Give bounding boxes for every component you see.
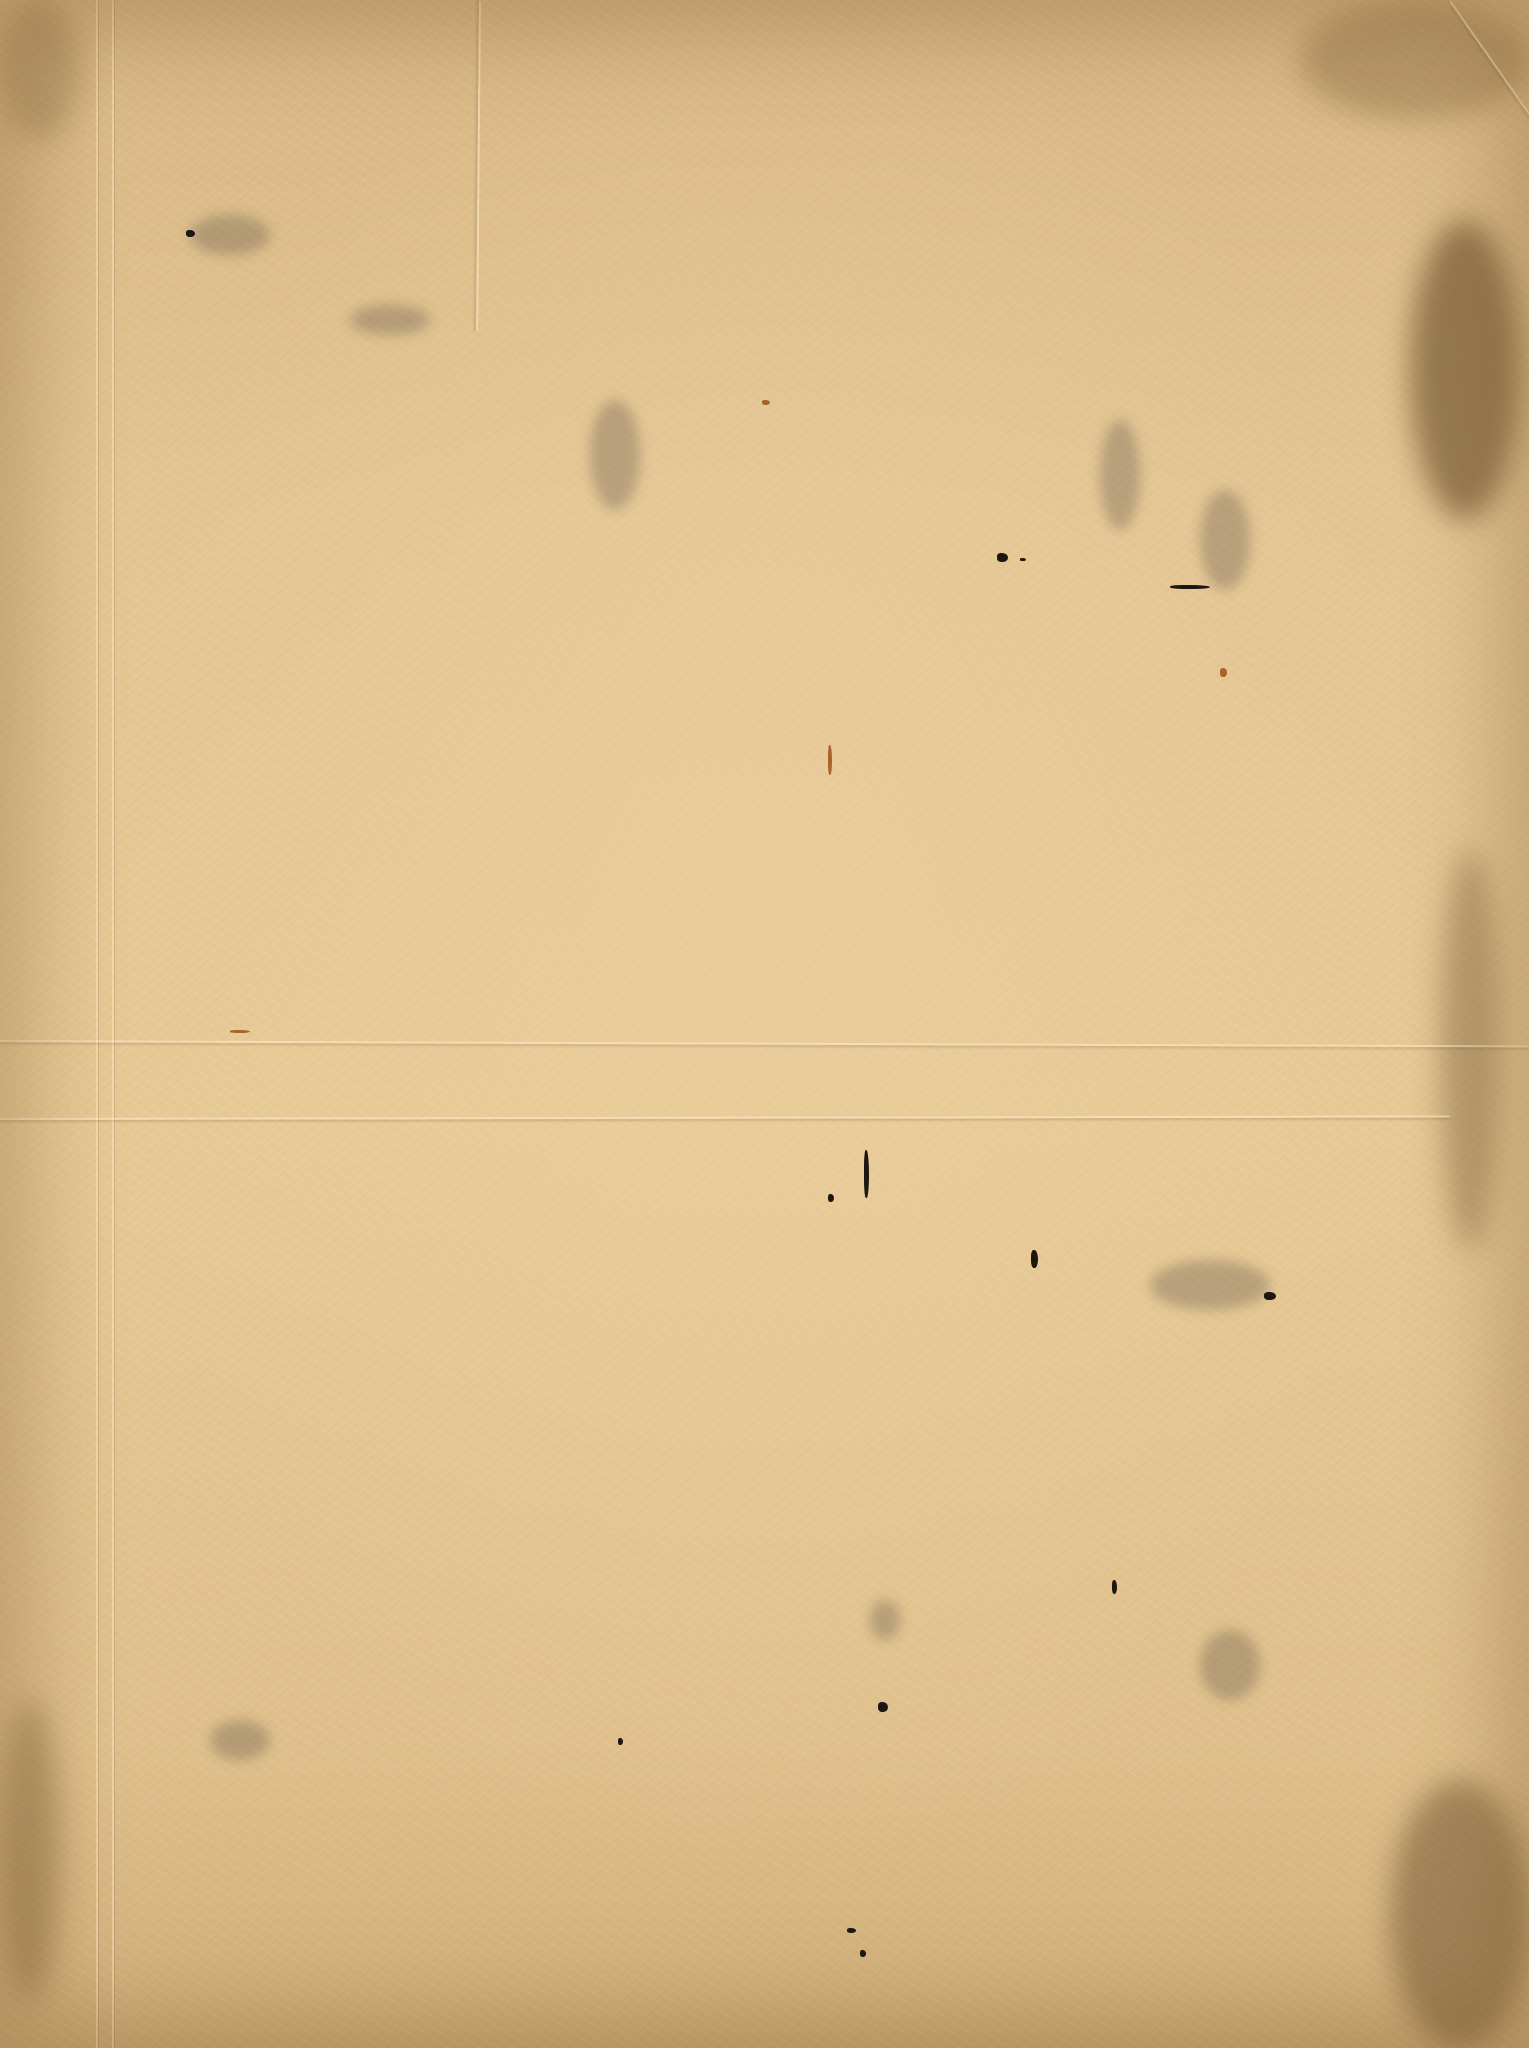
rust-mark <box>1220 668 1227 677</box>
stain <box>0 0 80 140</box>
paper-crease <box>0 1040 1529 1047</box>
rust-mark <box>828 745 832 775</box>
ink-smudge <box>190 215 270 255</box>
ink-smudge <box>870 1600 900 1640</box>
stain <box>1300 0 1529 120</box>
stain <box>0 1700 60 2000</box>
paper-crease <box>476 1 481 331</box>
stain <box>1410 220 1520 520</box>
ink-mark <box>847 1928 856 1933</box>
ink-smudge <box>1100 420 1140 530</box>
ink-mark <box>860 1950 866 1957</box>
ink-mark <box>1264 1292 1276 1300</box>
ink-smudge <box>590 400 640 510</box>
ink-mark <box>1170 585 1210 589</box>
rust-mark <box>762 400 770 405</box>
ink-smudge <box>1200 490 1250 590</box>
ink-mark <box>997 553 1008 562</box>
stain <box>1390 1780 1529 2048</box>
aged-paper-sheet <box>0 0 1529 2048</box>
ink-mark <box>1020 558 1026 561</box>
ink-mark <box>1112 1580 1117 1594</box>
ink-mark <box>1031 1250 1038 1268</box>
ink-mark <box>864 1150 869 1198</box>
ink-mark <box>186 230 195 237</box>
ink-mark <box>828 1194 834 1202</box>
binding-line <box>112 0 114 2048</box>
ink-mark <box>878 1702 888 1712</box>
binding-line <box>96 0 98 2048</box>
ink-smudge <box>1200 1630 1260 1700</box>
paper-crease <box>0 1115 1450 1120</box>
ink-smudge <box>1150 1260 1270 1310</box>
ink-smudge <box>210 1720 270 1760</box>
rust-mark <box>230 1030 250 1033</box>
ink-smudge <box>350 305 430 335</box>
ink-mark <box>618 1738 623 1745</box>
stain <box>1440 850 1500 1250</box>
